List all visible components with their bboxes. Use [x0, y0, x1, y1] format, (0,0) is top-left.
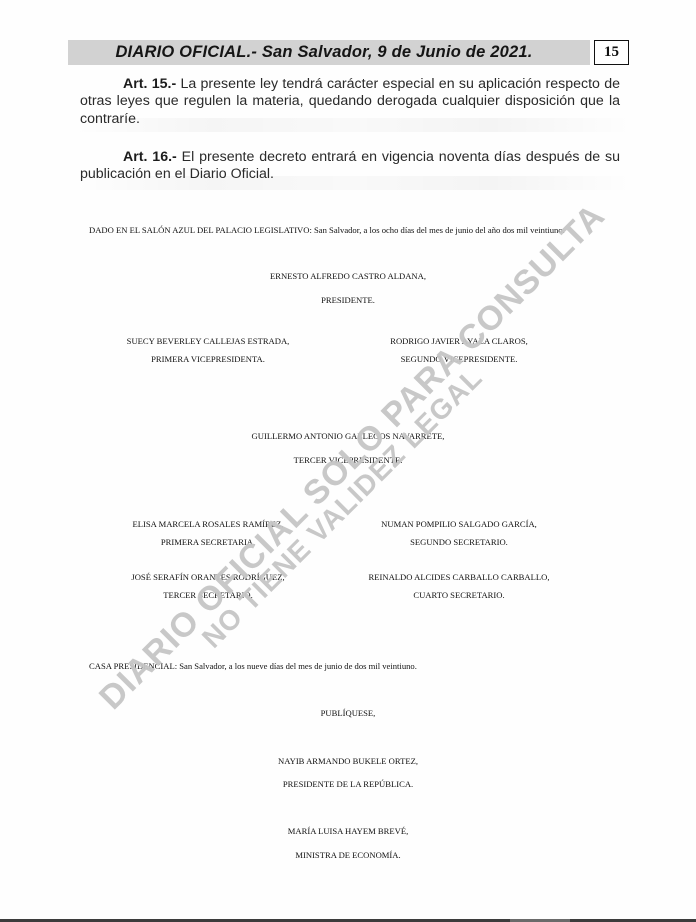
signatory-name: SUECY BEVERLEY CALLEJAS ESTRADA,	[80, 336, 336, 347]
article-label: Art. 15.-	[123, 76, 176, 92]
signatory-title: PRIMERA SECRETARIA.	[80, 537, 336, 548]
signatory-title: TERCER VICEPRESIDENTE.	[0, 455, 696, 466]
gazette-title: DIARIO OFICIAL.- San Salvador, 9 de Juni…	[115, 43, 542, 62]
signatory-name: RODRIGO JAVIER AYALA CLAROS,	[331, 336, 587, 347]
signatory-title: TERCER SECRETARIO.	[80, 590, 336, 601]
gazette-header: DIARIO OFICIAL.- San Salvador, 9 de Juni…	[68, 40, 590, 65]
article-15: Art. 15.- La presente ley tendrá carácte…	[80, 76, 620, 128]
signatory-title: PRESIDENTE.	[0, 295, 696, 306]
publication-order: PUBLÍQUESE,	[0, 708, 696, 719]
signatory-title: PRESIDENTE DE LA REPÚBLICA.	[0, 779, 696, 790]
signatory-name: MARÍA LUISA HAYEM BREVÉ,	[0, 826, 696, 837]
watermark-line-2: NO TIENE VALIDEZ LEGAL	[196, 362, 489, 655]
signatory-name: REINALDO ALCIDES CARBALLO CARBALLO,	[331, 572, 587, 583]
signatory-title: CUARTO SECRETARIO.	[331, 590, 587, 601]
presidential-closing: CASA PRESIDENCIAL: San Salvador, a los n…	[89, 661, 417, 672]
signatory-name: NUMAN POMPILIO SALGADO GARCÍA,	[331, 519, 587, 530]
article-label: Art. 16.-	[123, 149, 177, 165]
page-number: 15	[594, 40, 629, 65]
signatory-title: SEGUNDO SECRETARIO.	[331, 537, 587, 548]
signatory-title: MINISTRA DE ECONOMÍA.	[0, 850, 696, 861]
signatory-name: NAYIB ARMANDO BUKELE ORTEZ,	[0, 756, 696, 767]
document-page: DIARIO OFICIAL.- San Salvador, 9 de Juni…	[0, 0, 696, 922]
signatory-title: PRIMERA VICEPRESIDENTA.	[80, 354, 336, 365]
signatory-name: ERNESTO ALFREDO CASTRO ALDANA,	[0, 271, 696, 282]
signatory-name: GUILLERMO ANTONIO GALLEGOS NAVARRETE,	[0, 431, 696, 442]
article-16: Art. 16.- El presente decreto entrará en…	[80, 149, 620, 184]
signatory-name: ELISA MARCELA ROSALES RAMÍREZ,	[80, 519, 336, 530]
signatory-title: SEGUNDO VICEPRESIDENTE.	[331, 354, 587, 365]
signatory-name: JOSÉ SERAFÍN ORANTES RODRÍGUEZ,	[80, 572, 336, 583]
legislative-closing: DADO EN EL SALÓN AZUL DEL PALACIO LEGISL…	[89, 225, 565, 236]
